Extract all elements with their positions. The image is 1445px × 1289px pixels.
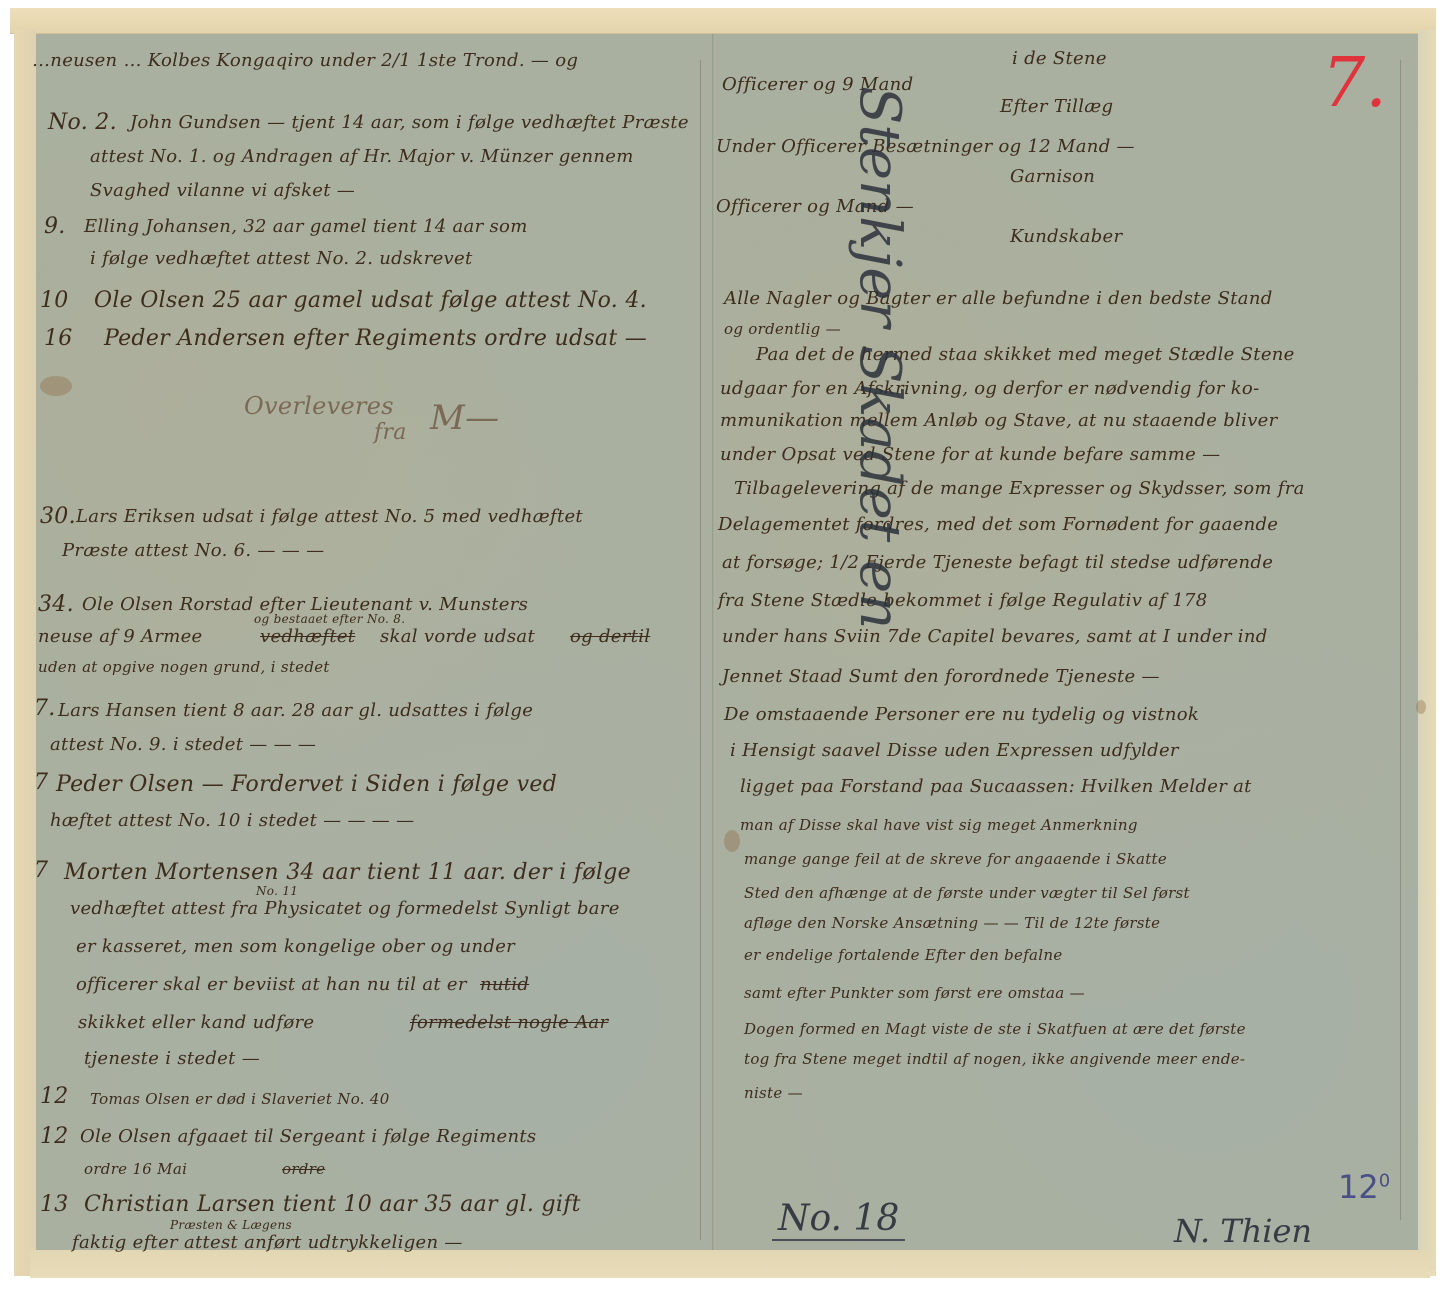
table-right-cell: i de Stene <box>1012 48 1107 69</box>
blue-number-main: 12 <box>1338 1168 1379 1206</box>
tape-strip-bottom <box>30 1250 1430 1278</box>
paragraph-line: Alle Nagler og Bagter er alle befundne i… <box>724 288 1273 309</box>
entry-number: 16 <box>44 326 73 351</box>
left-page-margin-rule <box>700 60 701 1240</box>
paragraph-line: Delagementet fordres, med det som Fornød… <box>718 514 1278 535</box>
entry-line: tjeneste i stedet — <box>84 1048 260 1069</box>
entry-line: faktig efter attest anført udtrykkeligen… <box>72 1232 463 1253</box>
entry-line: uden at opgive nogen grund, i stedet <box>38 658 330 676</box>
entry-number: 7. <box>34 696 56 721</box>
tape-strip-left <box>14 30 36 1276</box>
paragraph-line: De omstaaende Personer ere nu tydelig og… <box>724 704 1199 725</box>
entry-number: 30. <box>40 504 76 529</box>
entry-number: 34. <box>38 592 74 617</box>
paragraph-line: niste — <box>744 1084 803 1102</box>
entry-line: Morten Mortensen 34 aar tient 11 aar. de… <box>64 860 631 885</box>
blue-archive-number: 120 <box>1338 1168 1390 1206</box>
blue-number-sup: 0 <box>1379 1170 1390 1191</box>
tape-strip-right <box>1418 30 1436 1270</box>
entry-line: Ole Olsen afgaaet til Sergeant i følge R… <box>80 1126 536 1147</box>
paragraph-line: udgaar for en Afskrivning, og derfor er … <box>720 378 1259 399</box>
entry-line: vedhæftet attest fra Physicatet og forme… <box>70 898 620 919</box>
struck-word: formedelst nogle Aar <box>410 1012 608 1033</box>
entry-line: Ole Olsen 25 aar gamel udsat følge attes… <box>94 288 647 313</box>
entry-line: i følge vedhæftet attest No. 2. udskreve… <box>90 248 473 269</box>
tape-strip-top <box>10 8 1436 34</box>
table-right-cell: Efter Tillæg <box>1000 96 1113 117</box>
pencil-signature: N. Thien <box>1174 1212 1312 1250</box>
left-page-header: …neusen … Kolbes Kongaqiro under 2/1 1st… <box>32 50 578 71</box>
entry-number: 7 <box>34 858 48 883</box>
paragraph-line: Paa det de hermed staa skikket med meget… <box>756 344 1295 365</box>
faded-note-line: Overleveres <box>244 392 394 420</box>
struck-word: og dertil <box>570 626 650 647</box>
entry-number: 13 <box>40 1192 69 1217</box>
paragraph-line: Sted den afhænge at de første under vægt… <box>744 884 1190 902</box>
entry-number: 7 <box>34 770 48 795</box>
paragraph-line: Jennet Staad Sumt den forordnede Tjenest… <box>722 666 1160 687</box>
red-folio-number: 7. <box>1322 44 1387 123</box>
paragraph-line: mmunikation mellem Anløb og Stave, at nu… <box>720 410 1278 431</box>
paragraph-line: og ordentlig — <box>724 320 841 338</box>
struck-word: vedhæftet <box>260 626 355 647</box>
interlinear-insert: og bestaaet efter No. 8. <box>254 612 405 626</box>
entry-number: 9. <box>44 214 66 239</box>
entry-number: 12 <box>40 1084 69 1109</box>
table-right-cell: Garnison <box>1010 166 1095 187</box>
paragraph-line: at forsøge; 1/2 Fjerde Tjeneste befagt t… <box>722 552 1273 573</box>
center-fold <box>712 34 715 1250</box>
entry-line: Christian Larsen tient 10 aar 35 aar gl.… <box>84 1192 581 1217</box>
paragraph-line: under Opsat ved Stene for at kunde befar… <box>720 444 1220 465</box>
interlinear-insert: Præsten & Lægens <box>170 1218 292 1232</box>
entry-number: No. 2. <box>48 110 117 135</box>
paragraph-line: under hans Sviin 7de Capitel bevares, sa… <box>722 626 1268 647</box>
paragraph-line: tog fra Stene meget indtil af nogen, ikk… <box>744 1050 1245 1068</box>
stain <box>724 830 740 852</box>
struck-word: nutid <box>480 974 529 995</box>
paragraph-line: man af Disse skal have vist sig meget An… <box>740 816 1138 834</box>
faded-note-line: fra <box>374 420 407 445</box>
right-page-margin-rule <box>1400 60 1401 1220</box>
entry-line: officerer skal er beviist at han nu til … <box>76 974 467 995</box>
entry-line: Peder Andersen efter Regiments ordre uds… <box>104 326 647 351</box>
table-right-cell: Kundskaber <box>1010 226 1122 247</box>
entry-line: ordre 16 Mai <box>84 1160 187 1178</box>
entry-number: 12 <box>40 1124 69 1149</box>
struck-word: ordre <box>282 1160 325 1178</box>
pencil-vertical-annotation: Stenkjer Skadet en <box>847 86 912 629</box>
stain <box>1416 700 1426 714</box>
paragraph-line: Tilbagelevering af de mange Expresser og… <box>734 478 1305 499</box>
pencil-document-number: No. 18 <box>772 1198 905 1241</box>
paragraph-line: mange gange feil at de skreve for angaae… <box>744 850 1167 868</box>
entry-line: Peder Olsen — Fordervet i Siden i følge … <box>56 772 557 797</box>
entry-line: Tomas Olsen er død i Slaveriet No. 40 <box>90 1090 390 1108</box>
entry-line: Præste attest No. 6. — — — <box>62 540 324 561</box>
paragraph-line: er endelige fortalende Efter den befalne <box>744 946 1063 964</box>
faded-signature: M— <box>430 398 499 438</box>
paragraph-line: afløge den Norske Ansætning — — Til de 1… <box>744 914 1160 932</box>
entry-line: neuse af 9 Armee <box>38 626 203 647</box>
entry-line: skal vorde udsat <box>380 626 535 647</box>
entry-line: John Gundsen — tjent 14 aar, som i følge… <box>130 112 689 133</box>
interlinear-insert: No. 11 <box>256 884 298 898</box>
paragraph-line: Dogen formed en Magt viste de ste i Skat… <box>744 1020 1246 1038</box>
entry-line: attest No. 9. i stedet — — — <box>50 734 316 755</box>
entry-line: skikket eller kand udføre <box>78 1012 314 1033</box>
table-left-cell: Under Officerer Besætninger og 12 Mand — <box>716 136 1135 157</box>
entry-number: 10 <box>40 288 69 313</box>
entry-line: Lars Eriksen udsat i følge attest No. 5 … <box>76 506 583 527</box>
entry-line: attest No. 1. og Andragen af Hr. Major v… <box>90 146 634 167</box>
entry-line: Elling Johansen, 32 aar gamel tient 14 a… <box>84 216 528 237</box>
entry-line: hæftet attest No. 10 i stedet — — — — <box>50 810 414 831</box>
entry-line: er kasseret, men som kongelige ober og u… <box>76 936 515 957</box>
entry-line: Lars Hansen tient 8 aar. 28 aar gl. udsa… <box>58 700 533 721</box>
paragraph-line: samt efter Punkter som først ere omstaa … <box>744 984 1085 1002</box>
paragraph-line: ligget paa Forstand paa Sucaassen: Hvilk… <box>740 776 1252 797</box>
stain <box>40 376 72 396</box>
paragraph-line: fra Stene Stædle bekommet i følge Regula… <box>718 590 1208 611</box>
paragraph-line: i Hensigt saavel Disse uden Expressen ud… <box>730 740 1179 761</box>
entry-line: Svaghed vilanne vi afsket — <box>90 180 355 201</box>
